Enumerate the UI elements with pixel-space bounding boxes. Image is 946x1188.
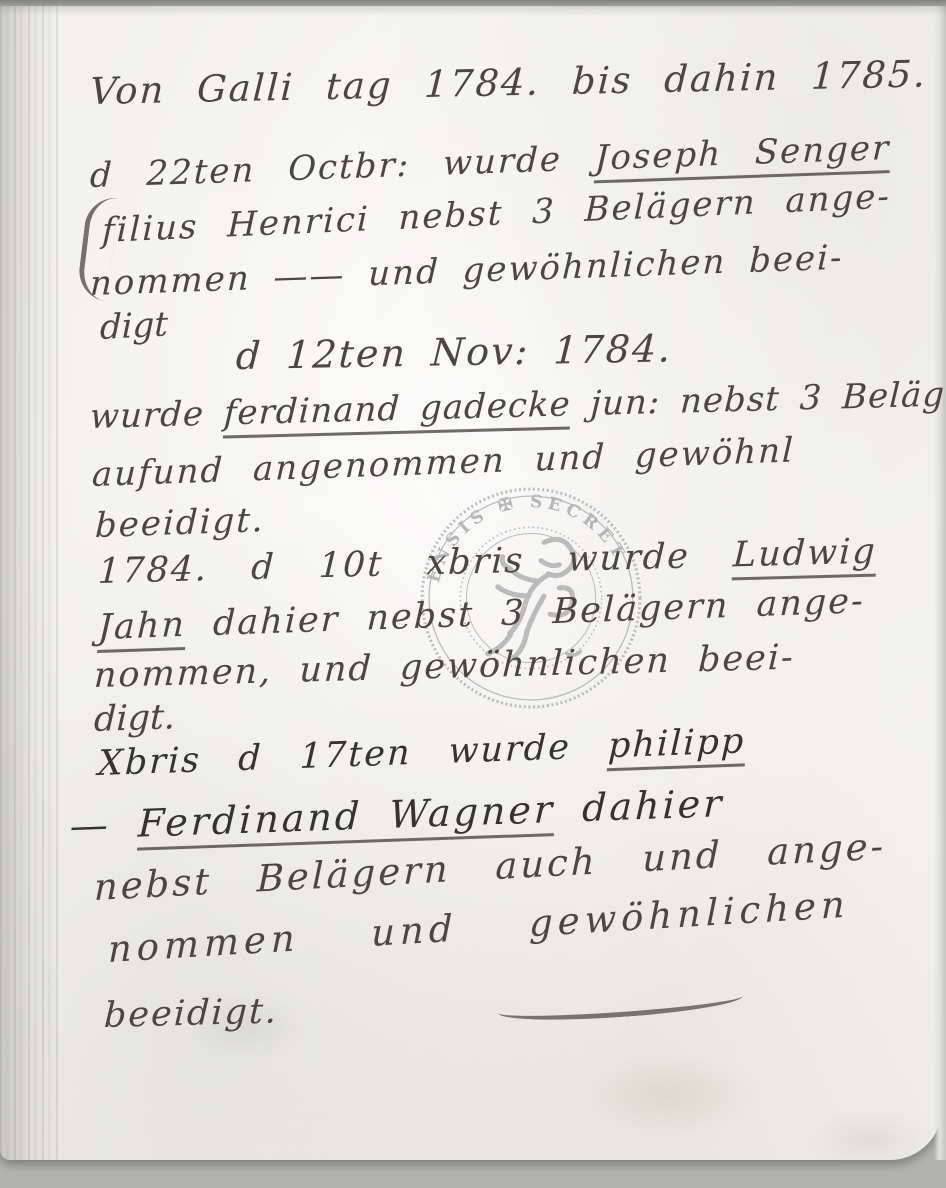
underlined-name: philipp <box>607 721 746 771</box>
line-text: digt. <box>93 697 176 740</box>
underlined-name: ferdinand gadecke <box>223 384 572 438</box>
paper-stain <box>580 1052 760 1138</box>
date-heading-line: d 12ten Nov: 1784. <box>235 326 674 378</box>
line-text: — <box>69 802 139 848</box>
line-text: d 12ten Nov: 1784. <box>235 326 674 378</box>
scan-top-shadow <box>0 0 946 16</box>
line-text: beeidigt. <box>94 500 265 546</box>
paper-stain <box>806 1108 936 1172</box>
book-page-edge-texture <box>0 6 60 1160</box>
underlined-name: Ludwig <box>732 532 878 581</box>
handwritten-line: beeidigt. <box>94 500 265 546</box>
handwritten-line: beeidigt. <box>103 991 279 1036</box>
line-text: beeidigt. <box>103 991 279 1036</box>
manuscript-scan: { "document": { "heading": "Von Galli ta… <box>0 0 946 1188</box>
handwritten-line: digt <box>100 304 169 348</box>
underlined-name: Jahn <box>97 605 187 653</box>
handwritten-line: digt. <box>93 697 176 740</box>
line-text: wurde <box>89 393 225 437</box>
line-text: dahier <box>554 781 725 831</box>
line-text: digt <box>100 304 169 348</box>
page-right-edge <box>934 6 946 1160</box>
